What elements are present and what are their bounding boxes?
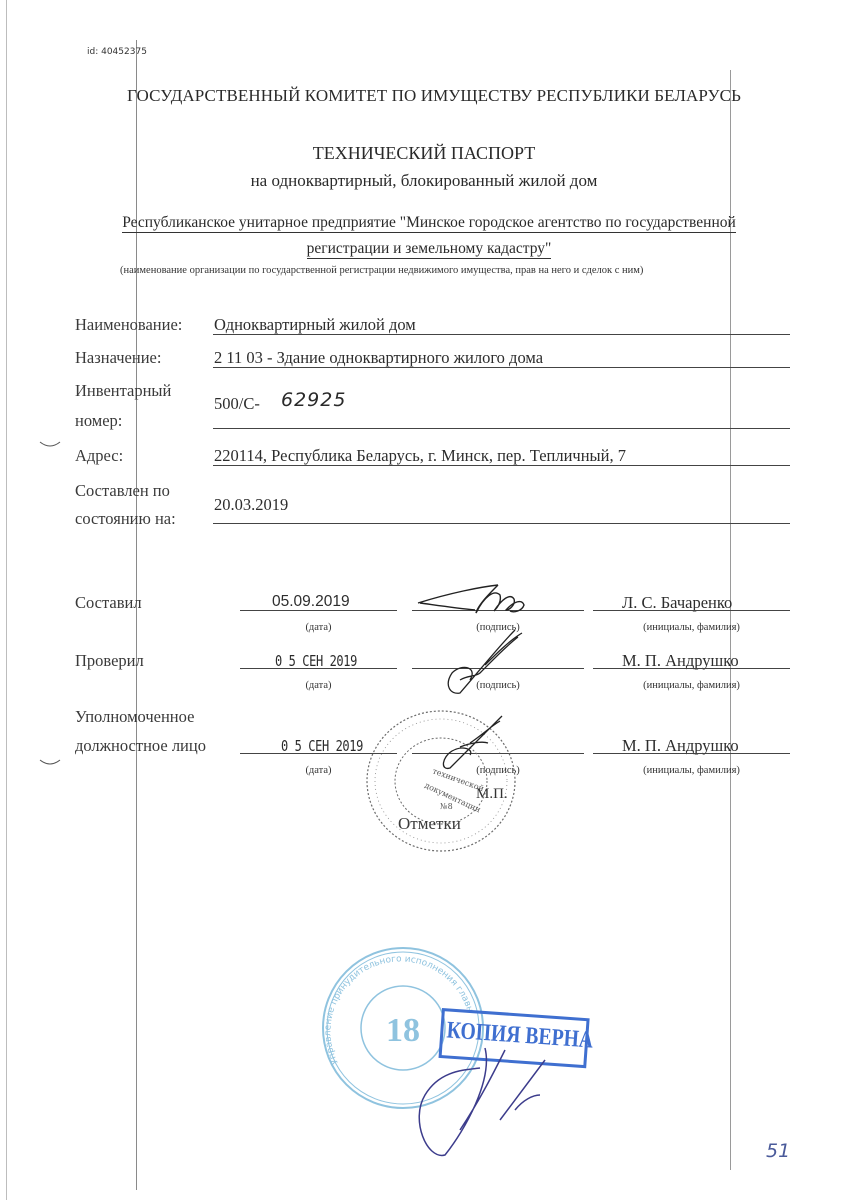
- compiled-caption-date: (дата): [240, 622, 397, 633]
- checked-name-line: [593, 668, 790, 669]
- compiled-caption-name: (инициалы, фамилия): [593, 622, 790, 633]
- field-purpose-underline: [213, 367, 790, 368]
- document-subtitle: на одноквартирный, блокированный жилой д…: [0, 171, 848, 191]
- signature-checked: [430, 625, 530, 700]
- field-address-value: 220114, Республика Беларусь, г. Минск, п…: [214, 446, 626, 466]
- fold-line-left: [136, 40, 137, 1190]
- document-title: ТЕХНИЧЕСКИЙ ПАСПОРТ: [0, 143, 848, 164]
- organization-name-2: регистрации и земельному кадастру": [307, 240, 552, 259]
- compiled-date: 05.09.2019: [272, 593, 350, 611]
- checked-label: Проверил: [75, 651, 144, 671]
- field-name-label: Наименование:: [75, 315, 182, 335]
- fold-line-right: [730, 70, 731, 1170]
- margin-mark-top: [38, 440, 62, 450]
- organization-line-1: Республиканское унитарное предприятие "М…: [97, 214, 761, 232]
- compiled-name-line: [593, 610, 790, 611]
- organization-name-1: Республиканское унитарное предприятие "М…: [122, 214, 736, 233]
- signature-copy-certifier: [405, 1040, 565, 1170]
- committee-header: ГОСУДАРСТВЕННЫЙ КОМИТЕТ ПО ИМУЩЕСТВУ РЕС…: [127, 86, 741, 106]
- authorized-label-1: Уполномоченное: [75, 707, 194, 727]
- seal-mark: М.П.: [476, 786, 508, 803]
- field-purpose-value: 2 11 03 - Здание одноквартирного жилого …: [214, 348, 543, 368]
- field-purpose-label: Назначение:: [75, 348, 161, 368]
- field-state-label-2: состоянию на:: [75, 509, 176, 529]
- field-name-underline: [213, 334, 790, 335]
- page-number: 51: [766, 1140, 790, 1162]
- organization-line-2: регистрации и земельному кадастру": [97, 240, 761, 258]
- authorized-name-line: [593, 753, 790, 754]
- margin-mark-bottom: [38, 758, 62, 768]
- field-inventory-label-2: номер:: [75, 411, 122, 431]
- checked-date-line: [240, 668, 397, 669]
- compiled-date-line: [240, 610, 397, 611]
- field-state-label-1: Составлен по: [75, 481, 170, 501]
- authorized-caption-name: (инициалы, фамилия): [593, 765, 790, 776]
- field-inventory-underline: [213, 428, 790, 429]
- svg-text:№8: №8: [440, 802, 453, 811]
- checked-caption-name: (инициалы, фамилия): [593, 680, 790, 691]
- field-inventory-printed: 500/С-: [214, 394, 260, 414]
- field-state-underline: [213, 523, 790, 524]
- authorized-label-2: должностное лицо: [75, 736, 206, 756]
- field-address-underline: [213, 465, 790, 466]
- signature-compiled: [410, 575, 550, 625]
- field-state-value: 20.03.2019: [214, 495, 288, 515]
- notes-heading: Отметки: [398, 814, 461, 834]
- field-inventory-handwritten: 62925: [281, 389, 346, 411]
- compiled-label: Составил: [75, 593, 142, 613]
- field-inventory-label-1: Инвентарный: [75, 381, 171, 401]
- field-name-value: Одноквартирный жилой дом: [214, 315, 416, 335]
- field-address-label: Адрес:: [75, 446, 123, 466]
- organization-note: (наименование организации по государстве…: [120, 265, 643, 276]
- checked-caption-date: (дата): [240, 680, 397, 691]
- document-id: id: 40452375: [87, 47, 147, 57]
- signature-authorized: [430, 713, 510, 773]
